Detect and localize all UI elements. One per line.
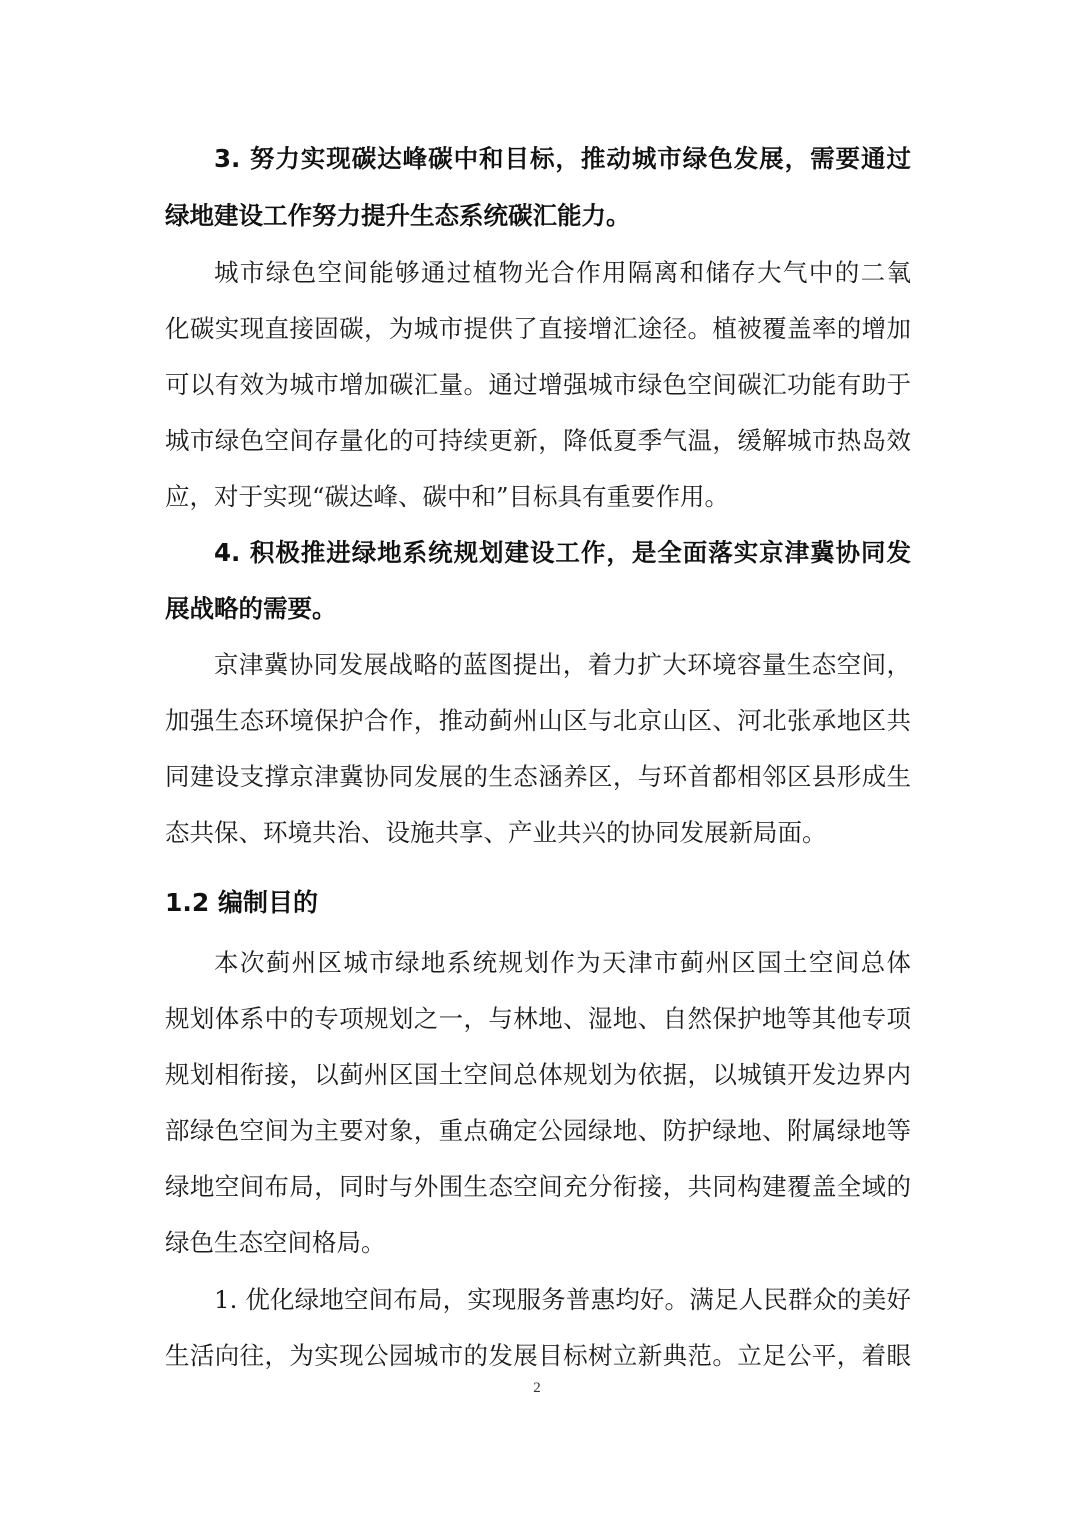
paragraph-carbon-line-3: 可以有效为城市增加碳汇量。通过增强城市绿色空间碳汇功能有助于 — [165, 365, 911, 405]
paragraph-purpose-line-2: 规划体系中的专项规划之一，与林地、湿地、自然保护地等其他专项 — [165, 999, 911, 1039]
paragraph-jjj-line-1: 京津冀协同发展战略的蓝图提出，着力扩大环境容量生态空间， — [214, 645, 911, 685]
paragraph-carbon-line-1: 城市绿色空间能够通过植物光合作用隔离和储存大气中的二氧 — [214, 253, 911, 293]
item-3-heading-line-2: 绿地建设工作努力提升生态系统碳汇能力。 — [165, 196, 911, 236]
page-number: 2 — [0, 1380, 1074, 1397]
section-heading-1-2: 1.2 编制目的 — [165, 883, 911, 923]
paragraph-purpose-line-5: 绿地空间布局，同时与外围生态空间充分衔接，共同构建覆盖全域的 — [165, 1167, 911, 1207]
paragraph-purpose-line-4: 部绿色空间为主要对象，重点确定公园绿地、防护绿地、附属绿地等 — [165, 1111, 911, 1151]
paragraph-jjj-line-3: 同建设支撑京津冀协同发展的生态涵养区，与环首都相邻区县形成生 — [165, 757, 911, 797]
paragraph-jjj-line-4: 态共保、环境共治、设施共享、产业共兴的协同发展新局面。 — [165, 813, 911, 853]
item-4-heading-line-2: 展战略的需要。 — [165, 589, 911, 629]
paragraph-item-1-line-2: 生活向往，为实现公园城市的发展目标树立新典范。立足公平，着眼 — [165, 1336, 911, 1376]
paragraph-carbon-line-5: 应，对于实现“碳达峰、碳中和”目标具有重要作用。 — [165, 477, 911, 517]
paragraph-item-1-line-1: 1. 优化绿地空间布局，实现服务普惠均好。满足人民群众的美好 — [214, 1280, 911, 1320]
paragraph-purpose-line-6: 绿色生态空间格局。 — [165, 1223, 911, 1263]
paragraph-jjj-line-2: 加强生态环境保护合作，推动蓟州山区与北京山区、河北张承地区共 — [165, 701, 911, 741]
item-4-heading-line-1: 4. 积极推进绿地系统规划建设工作，是全面落实京津冀协同发 — [214, 533, 911, 573]
item-3-heading-line-1: 3. 努力实现碳达峰碳中和目标，推动城市绿色发展，需要通过 — [214, 139, 911, 179]
paragraph-purpose-line-1: 本次蓟州区城市绿地系统规划作为天津市蓟州区国土空间总体 — [214, 943, 911, 983]
paragraph-carbon-line-2: 化碳实现直接固碳，为城市提供了直接增汇途径。植被覆盖率的增加 — [165, 309, 911, 349]
paragraph-purpose-line-3: 规划相衔接，以蓟州区国土空间总体规划为依据，以城镇开发边界内 — [165, 1055, 911, 1095]
paragraph-carbon-line-4: 城市绿色空间存量化的可持续更新，降低夏季气温，缓解城市热岛效 — [165, 421, 911, 461]
